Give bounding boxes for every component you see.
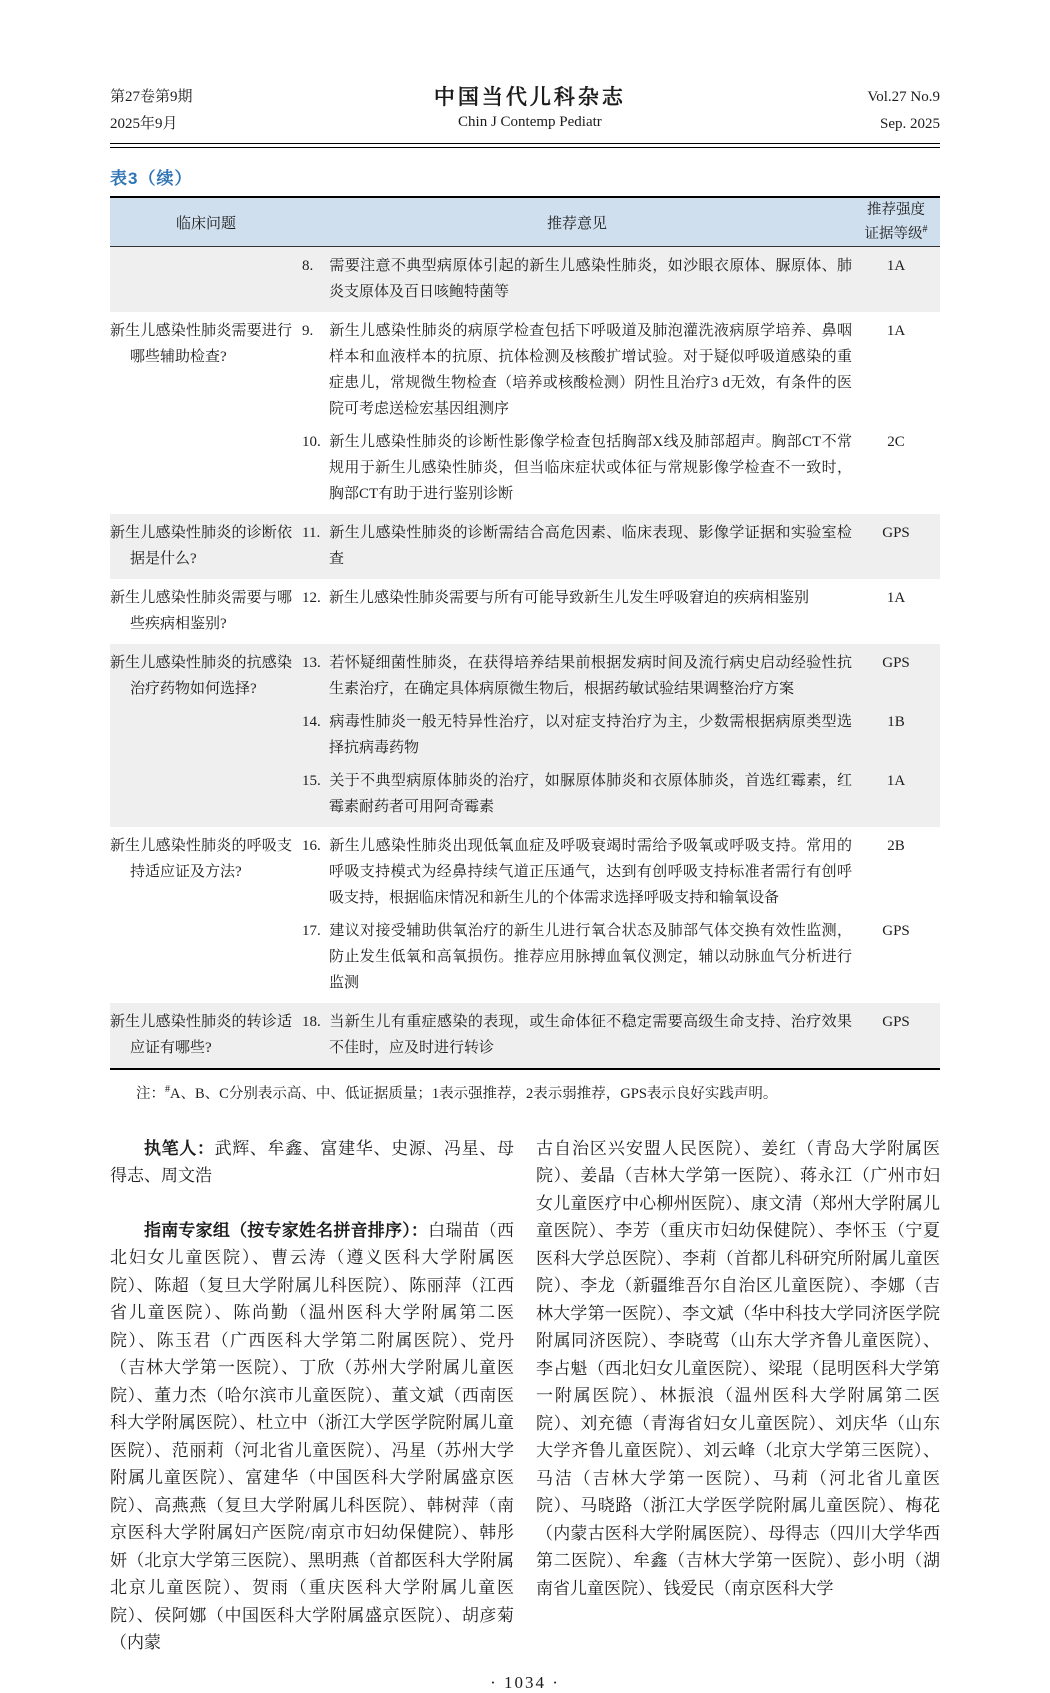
table-row: 新生儿感染性肺炎的呼吸支持适应证及方法?16.新生儿感染性肺炎出现低氧血症及呼吸… (110, 827, 940, 1003)
grade-value: 1A (852, 768, 940, 820)
issue-date-cn: 2025年9月 (110, 111, 193, 138)
recommendation-text: 8.需要注意不典型病原体引起的新生儿感染性肺炎，如沙眼衣原体、脲原体、肺炎支原体… (302, 253, 852, 305)
recommendation-text: 16.新生儿感染性肺炎出现低氧血症及呼吸衰竭时需给予吸氧或呼吸支持。常用的呼吸支… (302, 833, 852, 911)
paragraph-label: 指南专家组（按专家姓名拼音排序）： (144, 1221, 428, 1240)
recommendation-text: 11.新生儿感染性肺炎的诊断需结合高危因素、临床表现、影像学证据和实验室检查 (302, 520, 852, 572)
col-header-recommendation: 推荐意见 (302, 212, 852, 233)
grade-value: 1B (852, 709, 940, 761)
paragraph-label: 执笔人： (144, 1139, 215, 1158)
recommendation-number: 16. (302, 833, 329, 859)
note-text: A、B、C分别表示高、中、低证据质量；1表示强推荐，2表示弱推荐，GPS表示良好… (170, 1086, 777, 1102)
recommendation-items: 8.需要注意不典型病原体引起的新生儿感染性肺炎，如沙眼衣原体、脲原体、肺炎支原体… (302, 253, 940, 305)
grade-value: GPS (852, 1009, 940, 1061)
recommendation-number: 18. (302, 1009, 329, 1035)
table-row: 新生儿感染性肺炎的抗感染治疗药物如何选择?13.若怀疑细菌性肺炎，在获得培养结果… (110, 644, 940, 827)
grade-value: 2C (852, 429, 940, 507)
col-header-grade: 推荐强度 证据等级# (852, 201, 940, 244)
recommendation-number: 8. (302, 253, 329, 279)
issue-info: 第27卷第9期 2025年9月 (110, 84, 193, 138)
volume-info: Vol.27 No.9 Sep. 2025 (867, 84, 940, 138)
recommendation-item: 9.新生儿感染性肺炎的病原学检查包括下呼吸道及肺泡灌洗液病原学培养、鼻咽样本和血… (302, 318, 940, 422)
recommendation-item: 17.建议对接受辅助供氧治疗的新生儿进行氧合状态及肺部气体交换有效性监测，防止发… (302, 918, 940, 996)
recommendation-text: 15.关于不典型病原体肺炎的治疗，如脲原体肺炎和衣原体肺炎，首选红霉素，红霉素耐… (302, 768, 852, 820)
grade-footnote-marker: # (923, 224, 928, 235)
recommendation-number: 12. (302, 585, 329, 611)
issue-date-en: Sep. 2025 (867, 111, 940, 138)
recommendation-item: 12.新生儿感染性肺炎需要与所有可能导致新生儿发生呼吸窘迫的疾病相鉴别1A (302, 585, 940, 611)
table-row: 8.需要注意不典型病原体引起的新生儿感染性肺炎，如沙眼衣原体、脲原体、肺炎支原体… (110, 247, 940, 312)
recommendation-text: 13.若怀疑细菌性肺炎，在获得培养结果前根据发病时间及流行病史启动经验性抗生素治… (302, 650, 852, 702)
journal-title-block: 中国当代儿科杂志 Chin J Contemp Pediatr (193, 84, 868, 135)
grade-value: 1A (852, 318, 940, 422)
table-row: 新生儿感染性肺炎需要进行哪些辅助检查?9.新生儿感染性肺炎的病原学检查包括下呼吸… (110, 312, 940, 514)
clinical-question-cell: 新生儿感染性肺炎的诊断依据是什么? (110, 520, 302, 572)
page-header: 第27卷第9期 2025年9月 中国当代儿科杂志 Chin J Contemp … (110, 84, 940, 138)
recommendation-items: 18.当新生儿有重症感染的表现，或生命体征不稳定需要高级生命支持、治疗效果不佳时… (302, 1009, 940, 1061)
recommendation-number: 13. (302, 650, 329, 676)
table-row: 新生儿感染性肺炎的诊断依据是什么?11.新生儿感染性肺炎的诊断需结合高危因素、临… (110, 514, 940, 579)
recommendations-table: 临床问题 推荐意见 推荐强度 证据等级# 8.需要注意不典型病原体引起的新生儿感… (110, 196, 940, 1070)
recommendation-text: 14.病毒性肺炎一般无特异性治疗，以对症支持治疗为主，少数需根据病原类型选择抗病… (302, 709, 852, 761)
table-row: 新生儿感染性肺炎需要与哪些疾病相鉴别?12.新生儿感染性肺炎需要与所有可能导致新… (110, 579, 940, 644)
recommendation-items: 16.新生儿感染性肺炎出现低氧血症及呼吸衰竭时需给予吸氧或呼吸支持。常用的呼吸支… (302, 833, 940, 996)
table-body: 8.需要注意不典型病原体引起的新生儿感染性肺炎，如沙眼衣原体、脲原体、肺炎支原体… (110, 247, 940, 1068)
body-paragraph: 古自治区兴安盟人民医院）、姜红（青岛大学附属医院）、姜晶（吉林大学第一医院）、蒋… (536, 1135, 940, 1603)
note-prefix: 注： (136, 1086, 165, 1102)
clinical-question-cell (110, 253, 302, 305)
table-title: 表3（续） (110, 164, 940, 189)
grade-value: 1A (852, 585, 940, 611)
recommendation-text: 17.建议对接受辅助供氧治疗的新生儿进行氧合状态及肺部气体交换有效性监测，防止发… (302, 918, 852, 996)
recommendation-number: 17. (302, 918, 329, 944)
recommendation-item: 16.新生儿感染性肺炎出现低氧血症及呼吸衰竭时需给予吸氧或呼吸支持。常用的呼吸支… (302, 833, 940, 911)
recommendation-number: 9. (302, 318, 329, 344)
recommendation-text: 18.当新生儿有重症感染的表现，或生命体征不稳定需要高级生命支持、治疗效果不佳时… (302, 1009, 852, 1061)
grade-value: 2B (852, 833, 940, 911)
body-column-right: 古自治区兴安盟人民医院）、姜红（青岛大学附属医院）、姜晶（吉林大学第一医院）、蒋… (536, 1135, 940, 1657)
grade-value: GPS (852, 918, 940, 996)
recommendation-item: 18.当新生儿有重症感染的表现，或生命体征不稳定需要高级生命支持、治疗效果不佳时… (302, 1009, 940, 1061)
recommendation-item: 13.若怀疑细菌性肺炎，在获得培养结果前根据发病时间及流行病史启动经验性抗生素治… (302, 650, 940, 702)
issue-volume-cn: 第27卷第9期 (110, 84, 193, 111)
body-paragraph: 执笔人：武辉、牟鑫、富建华、史源、冯星、母得志、周文浩 (110, 1135, 514, 1190)
journal-title-en: Chin J Contemp Pediatr (193, 110, 868, 135)
recommendation-items: 9.新生儿感染性肺炎的病原学检查包括下呼吸道及肺泡灌洗液病原学培养、鼻咽样本和血… (302, 318, 940, 507)
recommendation-items: 13.若怀疑细菌性肺炎，在获得培养结果前根据发病时间及流行病史启动经验性抗生素治… (302, 650, 940, 820)
issue-volume-en: Vol.27 No.9 (867, 84, 940, 111)
body-paragraph: 指南专家组（按专家姓名拼音排序）：白瑞苗（西北妇女儿童医院）、曹云涛（遵义医科大… (110, 1217, 514, 1657)
recommendation-text: 12.新生儿感染性肺炎需要与所有可能导致新生儿发生呼吸窘迫的疾病相鉴别 (302, 585, 852, 611)
col-header-grade-line1: 推荐强度 (852, 201, 940, 220)
journal-page: 第27卷第9期 2025年9月 中国当代儿科杂志 Chin J Contemp … (110, 84, 940, 1693)
recommendation-items: 12.新生儿感染性肺炎需要与所有可能导致新生儿发生呼吸窘迫的疾病相鉴别1A (302, 585, 940, 637)
clinical-question-cell: 新生儿感染性肺炎的呼吸支持适应证及方法? (110, 833, 302, 996)
header-divider (110, 143, 940, 148)
clinical-question-cell: 新生儿感染性肺炎的抗感染治疗药物如何选择? (110, 650, 302, 820)
recommendation-number: 11. (302, 520, 329, 546)
journal-title-cn: 中国当代儿科杂志 (193, 84, 868, 110)
clinical-question-cell: 新生儿感染性肺炎的转诊适应证有哪些? (110, 1009, 302, 1061)
page-number: · 1034 · (110, 1673, 940, 1693)
table-row: 新生儿感染性肺炎的转诊适应证有哪些?18.当新生儿有重症感染的表现，或生命体征不… (110, 1003, 940, 1068)
col-header-grade-line2: 证据等级# (852, 220, 940, 244)
recommendation-item: 15.关于不典型病原体肺炎的治疗，如脲原体肺炎和衣原体肺炎，首选红霉素，红霉素耐… (302, 768, 940, 820)
recommendation-text: 10.新生儿感染性肺炎的诊断性影像学检查包括胸部X线及肺部超声。胸部CT不常规用… (302, 429, 852, 507)
recommendation-number: 14. (302, 709, 329, 735)
clinical-question-cell: 新生儿感染性肺炎需要与哪些疾病相鉴别? (110, 585, 302, 637)
recommendation-items: 11.新生儿感染性肺炎的诊断需结合高危因素、临床表现、影像学证据和实验室检查GP… (302, 520, 940, 572)
col-header-question: 临床问题 (110, 212, 302, 233)
recommendation-item: 8.需要注意不典型病原体引起的新生儿感染性肺炎，如沙眼衣原体、脲原体、肺炎支原体… (302, 253, 940, 305)
recommendation-item: 14.病毒性肺炎一般无特异性治疗，以对症支持治疗为主，少数需根据病原类型选择抗病… (302, 709, 940, 761)
grade-value: GPS (852, 520, 940, 572)
grade-value: GPS (852, 650, 940, 702)
recommendation-text: 9.新生儿感染性肺炎的病原学检查包括下呼吸道及肺泡灌洗液病原学培养、鼻咽样本和血… (302, 318, 852, 422)
recommendation-number: 10. (302, 429, 329, 455)
table-note: 注：#A、B、C分别表示高、中、低证据质量；1表示强推荐，2表示弱推荐，GPS表… (110, 1079, 940, 1105)
recommendation-item: 11.新生儿感染性肺炎的诊断需结合高危因素、临床表现、影像学证据和实验室检查GP… (302, 520, 940, 572)
recommendation-item: 10.新生儿感染性肺炎的诊断性影像学检查包括胸部X线及肺部超声。胸部CT不常规用… (302, 429, 940, 507)
table-header-row: 临床问题 推荐意见 推荐强度 证据等级# (110, 198, 940, 247)
recommendation-number: 15. (302, 768, 329, 794)
article-body: 执笔人：武辉、牟鑫、富建华、史源、冯星、母得志、周文浩指南专家组（按专家姓名拼音… (110, 1135, 940, 1657)
body-column-left: 执笔人：武辉、牟鑫、富建华、史源、冯星、母得志、周文浩指南专家组（按专家姓名拼音… (110, 1135, 514, 1657)
grade-value: 1A (852, 253, 940, 305)
clinical-question-cell: 新生儿感染性肺炎需要进行哪些辅助检查? (110, 318, 302, 507)
